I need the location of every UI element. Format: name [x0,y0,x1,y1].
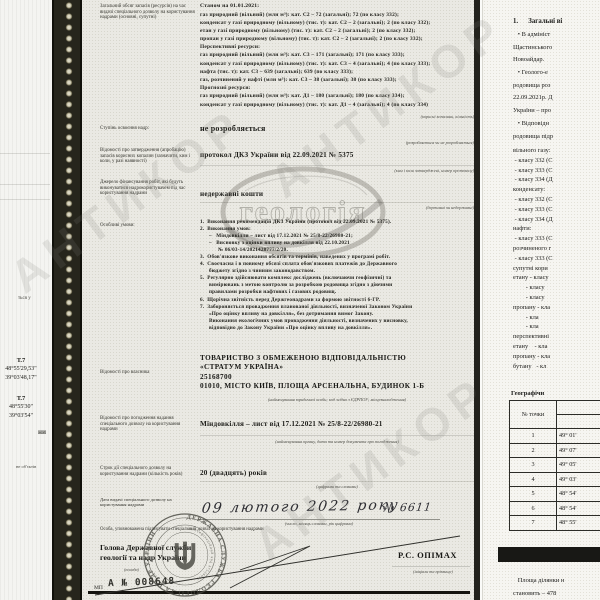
column-header: Систе [557,401,600,415]
reserves-asof: Станом на 01.01.2021: [200,3,474,9]
owner-note: (найменування юридичної особи; код згідн… [200,397,474,402]
text-line: - кла [513,314,553,324]
text-line: перспективні [513,333,553,343]
name-note: (ініціали та прізвище) [388,569,478,574]
text-line: пропану - кла [513,304,553,314]
reserve-line: етан у газі природному (вільному) (тис. … [200,28,474,36]
column-subheader: Пі [557,415,600,429]
black-redaction-band [498,547,600,562]
permit-page: геологія Загальний обсяг запасів (ресурс… [82,0,480,600]
approval-label: Відомості про затвердження (апробацію) з… [100,148,196,165]
reserve-line: газ, розчинений у нафті (млн м³): кат. С… [200,77,474,85]
coordinates-table: № точки Систе Пі 1 49° 01' 2 49° 07' 3 4… [509,400,600,531]
divider [0,199,50,200]
trident-emblem [175,542,196,570]
reserve-line: конденсат у газі природному (вільному) (… [200,20,474,28]
condition-line: 2. Виконання умов: [200,226,474,233]
agreement-note: (найменування органу, дата та номер доку… [200,439,474,444]
text-line: родовища роз [513,82,553,95]
development-note: (розробляється чи не розробляється) [200,140,474,145]
table-row: 4 49° 03' [510,472,600,487]
reserves-note: (корисні копалини, кількість) [200,114,474,119]
table-row: 3 49° 05' [510,458,600,473]
divider [200,481,474,482]
text-line: • В адмініст [513,31,553,44]
funding-value: недержавні кошти [200,190,474,198]
development-label: Ступінь освоєння надр: [100,126,196,132]
divider [0,184,50,185]
text-line: розчиненого г [513,245,553,255]
issue-label: Дата видачі спеціального дозволу на кори… [100,497,196,507]
annex-class-list: вільного газу: - класу 332 (С - класу 33… [513,147,553,372]
condition-line: «Про оцінку впливу на довкілля», без дот… [200,311,474,318]
text-line: конденсату: [513,186,553,196]
owner-label: Відомості про власника [100,370,196,376]
condition-line: 6. Щорічна звітність перед Держгеонадрам… [200,297,474,304]
condition-line: 1. Виконання рекомендацій ДКЗ України (п… [200,219,474,226]
development-value: не розробляється [200,124,474,133]
text-fragment: не об'єктів [16,464,36,469]
funding-note: (державні чи недержавні) [200,205,474,210]
text-line: етану - кла [513,343,553,353]
text-line: Новоайдар. [513,56,553,69]
divider [0,153,50,154]
reserves-label: Загальний обсяг запасів (ресурсів) на ча… [100,4,196,21]
conditions-label: Особливі умови: [100,223,196,229]
text-line: - класу 333 (С [513,235,553,245]
text-line: - класу [513,284,553,294]
certificate-ornate-border [52,0,82,600]
table-row: 7 48° 55' [510,516,600,531]
official-round-stamp: ДЕРЖАВНА СЛУЖБА ГЕОЛОГІЇ ТА НАДР УКРАЇНИ… [128,510,242,600]
text-line: етану - класу [513,274,553,284]
coordinate-point: Т.7 48°55'30" 39°03'54" [0,394,50,421]
text-line: - класу 334 (Д [513,216,553,226]
scanned-permit-document: ться у Т.7 48°55'29,53" 39°03'48,17" Т.7… [0,0,600,600]
table-row: 2 49° 07' [510,443,600,458]
table-row: 5 48° 54' [510,487,600,502]
divider [392,566,470,567]
owner-line: «СТРАТУМ УКРАЇНА» [200,363,474,372]
text-line: Площа ділянки н [513,574,564,587]
text-line: нафти: [513,225,553,235]
reserve-line: конденсат у газі природному (вільному) (… [200,61,474,69]
column-header: № точки [510,401,557,429]
text-fragment: ни [38,428,46,436]
annex-page: 1. Загальні ві • В адміністЩастинськогоН… [482,0,600,600]
annex-paragraphs: • В адміністЩастинськогоНовоайдар. • Гео… [513,31,553,145]
text-fragment: ться у [18,296,31,301]
reserve-line: газ природний (вільний) (млн м³): кат. С… [200,12,474,20]
condition-line: 7. Забороняється провадження планованої … [200,304,474,311]
conditions-list: 1. Виконання рекомендацій ДКЗ України (п… [200,219,474,332]
condition-line: – Висновку з оцінки впливу на довкілля в… [200,240,474,247]
text-line: - класу 332 (С [513,157,553,167]
divider [200,165,474,166]
text-line: - класу 334 (Д [513,176,553,186]
area-text: Площа ділянки нстановить – 478 [513,574,564,600]
divider [200,435,474,436]
text-line: - класу 332 (С [513,196,553,206]
text-line: - класу 333 (С [513,167,553,177]
reserve-line: газ природний (вільний) (млн м³): кат. Д… [200,93,474,101]
text-line: бутану - кл [513,363,553,373]
text-line: 22.09.2021р. Д [513,94,553,107]
text-line: України – про [513,107,553,120]
reserve-line: конденсат у газі природному (вільному) (… [200,102,474,110]
text-line: • Відповідн [513,120,553,133]
text-line: Щастинського [513,44,553,57]
reserve-line: нафта (тис. т): кат. С3 – 639 (загальні)… [200,69,474,77]
reserve-line: пропан у газі природному (вільному) (тис… [200,36,474,44]
agreement-label: Відомості про погодження надання спеціал… [100,416,196,433]
condition-line: відповідно до Закону України «Про оцінку… [200,325,474,332]
text-line: становить – 478 [513,587,564,600]
annex-heading: 1. Загальні ві [513,18,562,25]
issue-number-handwritten: № 6611 [383,501,433,515]
signer-name: Р.С. ОПІМАХ [398,550,457,560]
text-line: - класу 333 (С [513,255,553,265]
text-line: • Геолого-е [513,69,553,82]
table-row: 6 48° 54' [510,501,600,516]
approval-note: (ким і коли затверджені, номер протоколу… [200,168,474,173]
coordinates-table-title: Географічн [511,390,544,397]
underlying-page-edge: ться у Т.7 48°55'29,53" 39°03'48,17" Т.7… [0,0,52,600]
owner-line: 25168700 [200,373,474,382]
text-line: вільного газу: [513,147,553,157]
owner-line: 01010, МІСТО КИЇВ, ПЛОЩА АРСЕНАЛЬНА, БУД… [200,382,474,391]
coordinate-point: Т.7 48°55'29,53" 39°03'48,17" [0,356,50,383]
text-line: пропану - кла [513,353,553,363]
approval-value: протокол ДКЗ України від 22.09.2021 № 53… [200,151,474,159]
reserve-line: газ природний (вільний) (млн м³): кат. С… [200,52,474,60]
term-note: (цифрами та словами) [200,484,474,489]
divider [200,202,474,203]
reserves-lines: газ природний (вільний) (млн м³): кат. С… [200,12,474,110]
owner-lines: ТОВАРИСТВО З ОБМЕЖЕНОЮ ВІДПОВІДАЛЬНІСТЮ«… [200,354,474,391]
table-row: 1 49° 01' [510,429,600,444]
owner-line: ТОВАРИСТВО З ОБМЕЖЕНОЮ ВІДПОВІДАЛЬНІСТЮ [200,354,474,363]
text-line: - кла [513,323,553,333]
condition-line: правилами розробки нафтових і газових ро… [200,289,474,296]
text-line: родовища підр [513,133,553,146]
agreement-value: Міндовкілля – лист від 17.12.2021 № 25/8… [200,420,474,428]
text-line: - класу 333 (С [513,206,553,216]
coordinate-fragments: Т.7 48°55'29,53" 39°03'48,17" Т.7 48°55'… [0,356,50,432]
term-value: 20 (двадцять) років [200,469,474,477]
term-label: Строк дії спеціального дозволу на корист… [100,466,196,477]
text-line: супутні кори [513,265,553,275]
condition-line: Виконання екологічних умов провадження д… [200,318,474,325]
condition-line: – Міндовкілля – лист від 17.12.2021 № 25… [200,233,474,240]
funding-label: Джерело фінансування робіт, які будуть в… [100,180,196,197]
text-line: - класу [513,294,553,304]
